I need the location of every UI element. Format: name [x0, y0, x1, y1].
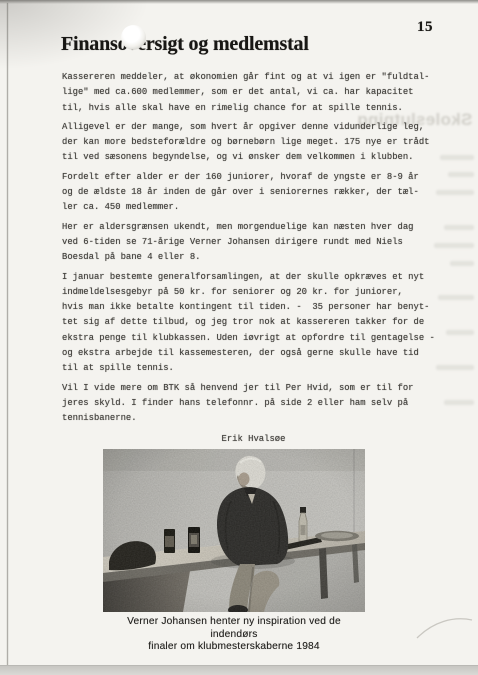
paragraph: Alligevel er der mange, som hvert år opg… [62, 120, 445, 166]
page-number: 15 [417, 19, 433, 36]
paragraph: Vil I vide mere om BTK så henvend jer ti… [62, 381, 445, 427]
bleedthrough-line [446, 330, 474, 335]
text-line: tennisbanerne. [62, 413, 137, 423]
bleedthrough-line [450, 261, 474, 266]
photo-caption-line: Verner Johansen henter ny inspiration ve… [103, 616, 365, 641]
text-line: der kan more bedsteforældre og børnebørn… [62, 137, 430, 147]
paragraph: Kassereren meddeler, at økonomien går fi… [62, 70, 445, 116]
text-line: Vil I vide mere om BTK så henvend jer ti… [62, 383, 414, 393]
scan-edge-left [7, 3, 8, 666]
hole-punch-mark [121, 25, 146, 50]
text-line: lige" med ca.600 medlemmer, som er det a… [62, 87, 414, 97]
paragraph: Her er aldersgrænsen ukendt, men morgend… [62, 220, 445, 266]
text-line: og ekstra arbejde til kassemesteren, der… [62, 348, 419, 358]
text-line: til ved sæsonens begyndelse, og vi ønske… [62, 152, 414, 162]
scanned-magazine-page: 15 Skoleslutning Finansoversigt og medle… [0, 0, 478, 675]
text-line: til at spille tennis. [62, 363, 174, 373]
text-line: hvis man ikke betalte kontingent til tid… [62, 302, 430, 312]
article-body: Kassereren meddeler, at økonomien går fi… [62, 70, 445, 447]
text-line: Her er aldersgrænsen ukendt, men morgend… [62, 222, 414, 232]
photo-illustration [103, 449, 365, 612]
photo-caption-line: finaler om klubmesterskaberne 1984 [103, 641, 365, 654]
text-line: ekstra penge til klubkassen. Uden iøvrig… [62, 333, 435, 343]
photo-figure: Verner Johansen henter ny inspiration ve… [103, 449, 365, 654]
text-line: I januar bestemte generalforsamlingen, a… [62, 272, 424, 282]
photo-caption: Verner Johansen henter ny inspiration ve… [103, 616, 365, 654]
paragraph: Fordelt efter alder er der 160 juniorer,… [62, 170, 445, 216]
text-line: Alligevel er der mange, som hvert år opg… [62, 122, 424, 132]
text-line: ved 6-tiden se 71-årige Verner Johansen … [62, 237, 403, 247]
text-line: jeres skyld. I finder hans telefonnr. på… [62, 398, 408, 408]
text-line: indmeldelsesgebyr på 50 kr. for seniorer… [62, 287, 403, 297]
text-line: Kassereren meddeler, at økonomien går fi… [62, 72, 430, 82]
paragraph: I januar bestemte generalforsamlingen, a… [62, 270, 445, 377]
pencil-mark [415, 612, 475, 642]
text-line: til, hvis alle skal have en rimelig chan… [62, 103, 403, 113]
bleedthrough-line [448, 172, 474, 177]
author-signature: Erik Hvalsøe [62, 432, 445, 447]
scan-edge-bottom [0, 665, 478, 675]
photo-verner-johansen [103, 449, 365, 612]
bleedthrough-line [444, 400, 474, 405]
bleedthrough-line [444, 225, 474, 230]
text-line: Fordelt efter alder er der 160 juniorer,… [62, 172, 419, 182]
text-line: ler ca. 450 medlemmer. [62, 202, 179, 212]
photo-grain-overlay [103, 449, 365, 612]
text-line: tet sig af dette tilbud, og jeg tror nok… [62, 317, 424, 327]
bleedthrough-line [440, 155, 474, 160]
text-line: og de ældste 18 år inden de går over i s… [62, 187, 419, 197]
text-line: Boesdal på bane 4 eller 8. [62, 252, 200, 262]
article-title: Finansoversigt og medlemstal [61, 33, 309, 56]
